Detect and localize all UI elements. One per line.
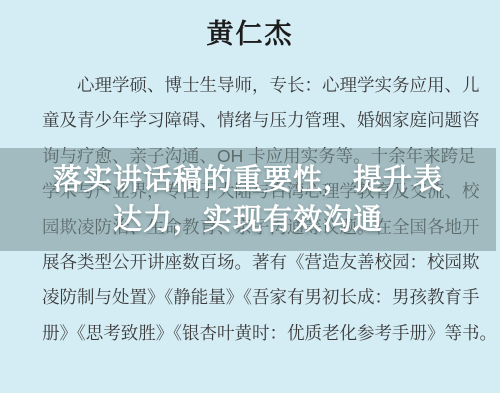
banner-title-line: 落实讲话稿的重要性，提升表: [53, 160, 443, 200]
bio-line: 心理学硕、博士生导师，专长：心理学实务应用、儿: [42, 68, 458, 103]
bio-line: 凌防制与处置》《静能量》《吾家有男初长成：男孩教育手: [42, 280, 458, 315]
bio-line: 册》《思考致胜》《银杏叶黄时：优质老化参考手册》等书。: [42, 316, 458, 351]
banner-title-line: 达力，实现有效沟通: [113, 200, 383, 240]
speaker-profile-card: 黄仁杰 心理学硕、博士生导师，专长：心理学实务应用、儿 童及青少年学习障碍、情绪…: [0, 0, 500, 393]
watermark-title-banner: 落实讲话稿的重要性，提升表 达力，实现有效沟通: [0, 148, 496, 251]
speaker-name: 黄仁杰: [0, 12, 500, 51]
bio-line: 童及青少年学习障碍、情绪与压力管理、婚姻家庭问题咨: [42, 103, 458, 138]
